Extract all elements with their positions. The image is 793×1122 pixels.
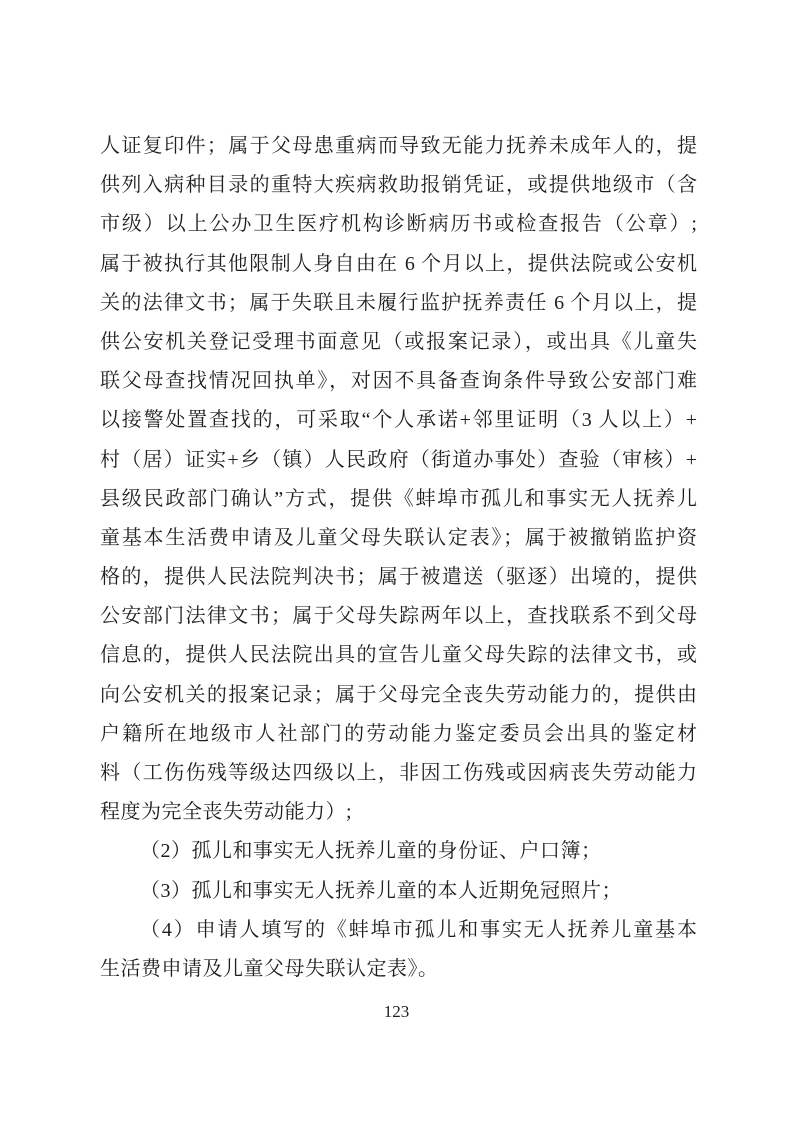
document-page: 人证复印件；属于父母患重病而导致无能力抚养未成年人的，提供列入病种目录的重特大疾… [0, 0, 793, 1122]
text-line: （3）孤儿和事实无人抚养儿童的本人近期免冠照片； [100, 872, 697, 911]
text-line: 供公安机关登记受理书面意见（或报案记录），或出具《儿童失 [100, 323, 697, 362]
text-line: 料（工伤伤残等级达四级以上，非因工伤残或因病丧失劳动能力 [100, 754, 697, 793]
text-line: 公安部门法律文书；属于父母失踪两年以上，查找联系不到父母 [100, 597, 697, 636]
text-line: 联父母查找情况回执单》，对因不具备查询条件导致公安部门难 [100, 362, 697, 401]
text-line: 户籍所在地级市人社部门的劳动能力鉴定委员会出具的鉴定材 [100, 715, 697, 754]
text-line: 格的，提供人民法院判决书；属于被遣送（驱逐）出境的，提供 [100, 558, 697, 597]
page-number: 123 [0, 1002, 793, 1022]
text-line: 县级民政部门确认”方式，提供《蚌埠市孤儿和事实无人抚养儿 [100, 480, 697, 519]
text-line: （4）申请人填写的《蚌埠市孤儿和事实无人抚养儿童基本 [100, 911, 697, 950]
document-body: 人证复印件；属于父母患重病而导致无能力抚养未成年人的，提供列入病种目录的重特大疾… [100, 127, 697, 989]
text-line: 关的法律文书；属于失联且未履行监护抚养责任 6 个月以上，提 [100, 284, 697, 323]
text-line: 信息的，提供人民法院出具的宣告儿童父母失踪的法律文书，或 [100, 636, 697, 675]
text-line: 属于被执行其他限制人身自由在 6 个月以上，提供法院或公安机 [100, 245, 697, 284]
text-line: 程度为完全丧失劳动能力）; [100, 793, 697, 832]
text-line: 供列入病种目录的重特大疾病救助报销凭证，或提供地级市（含 [100, 166, 697, 205]
text-line: 市级）以上公办卫生医疗机构诊断病历书或检查报告（公章）; [100, 205, 697, 244]
text-line: 人证复印件；属于父母患重病而导致无能力抚养未成年人的，提 [100, 127, 697, 166]
text-line: （2）孤儿和事实无人抚养儿童的身份证、户口簿； [100, 832, 697, 871]
text-line: 村（居）证实+乡（镇）人民政府（街道办事处）查验（审核）+ [100, 441, 697, 480]
text-line: 生活费申请及儿童父母失联认定表》。 [100, 950, 697, 989]
text-line: 童基本生活费申请及儿童父母失联认定表》；属于被撤销监护资 [100, 519, 697, 558]
text-line: 以接警处置查找的，可采取“个人承诺+邻里证明（3 人以上）+ [100, 401, 697, 440]
text-line: 向公安机关的报案记录；属于父母完全丧失劳动能力的，提供由 [100, 676, 697, 715]
